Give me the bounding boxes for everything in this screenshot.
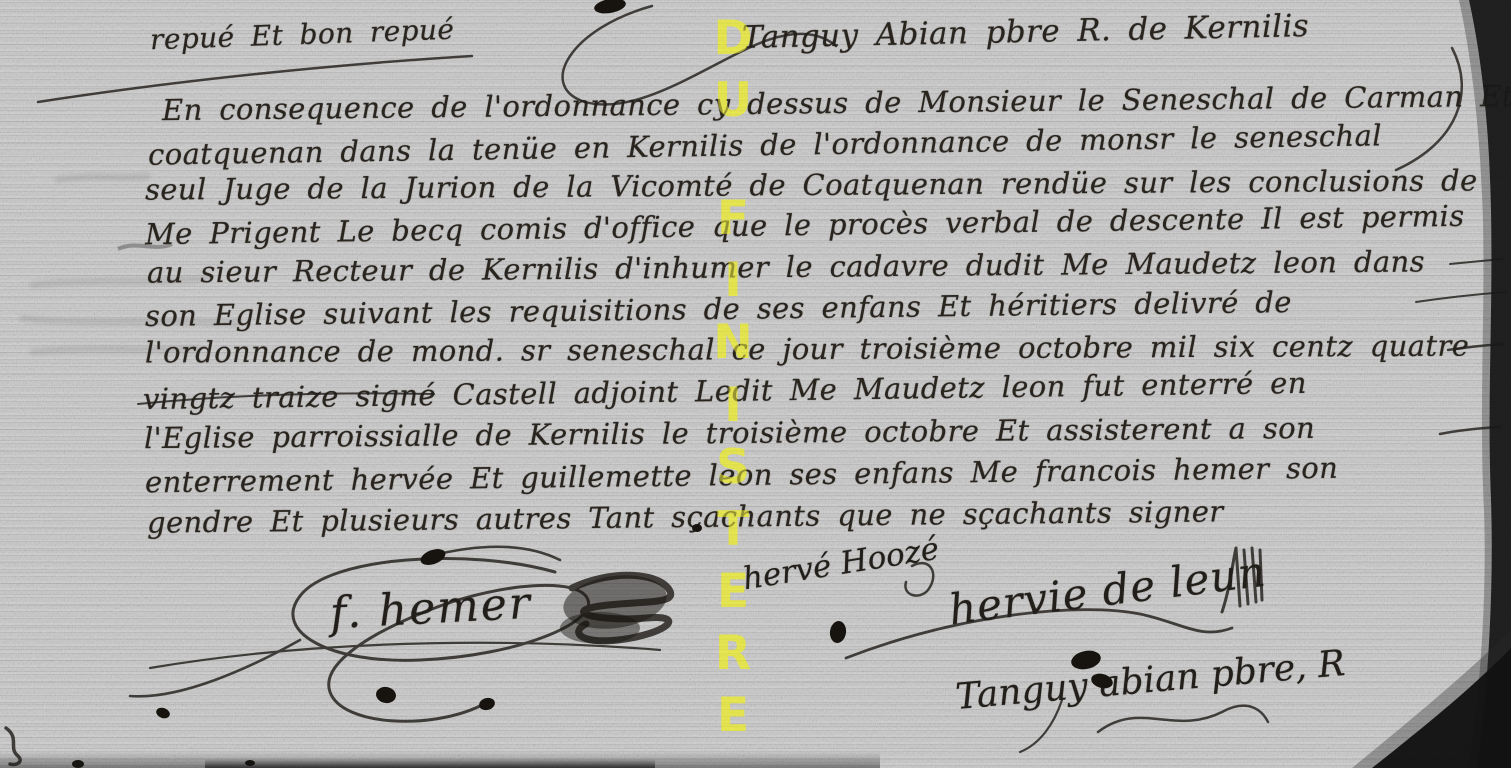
watermark-letter: D <box>710 16 756 62</box>
watermark-letter: I <box>710 258 756 304</box>
watermark-du-finistere-highlight: D U F I N I S T E R E <box>0 0 1511 768</box>
watermark-letter: R <box>710 631 756 677</box>
watermark-letter: F <box>710 196 756 242</box>
watermark-letter: E <box>710 693 756 739</box>
watermark-letter: S <box>710 445 756 491</box>
watermark-letter: N <box>710 320 756 366</box>
watermark-letter: E <box>710 569 756 615</box>
watermark-letter: T <box>710 507 756 553</box>
watermark-letter: I <box>710 383 756 429</box>
watermark-letter: U <box>710 78 756 124</box>
document-scan: repué Et bon repué Tanguy Abian pbre R. … <box>0 0 1511 768</box>
